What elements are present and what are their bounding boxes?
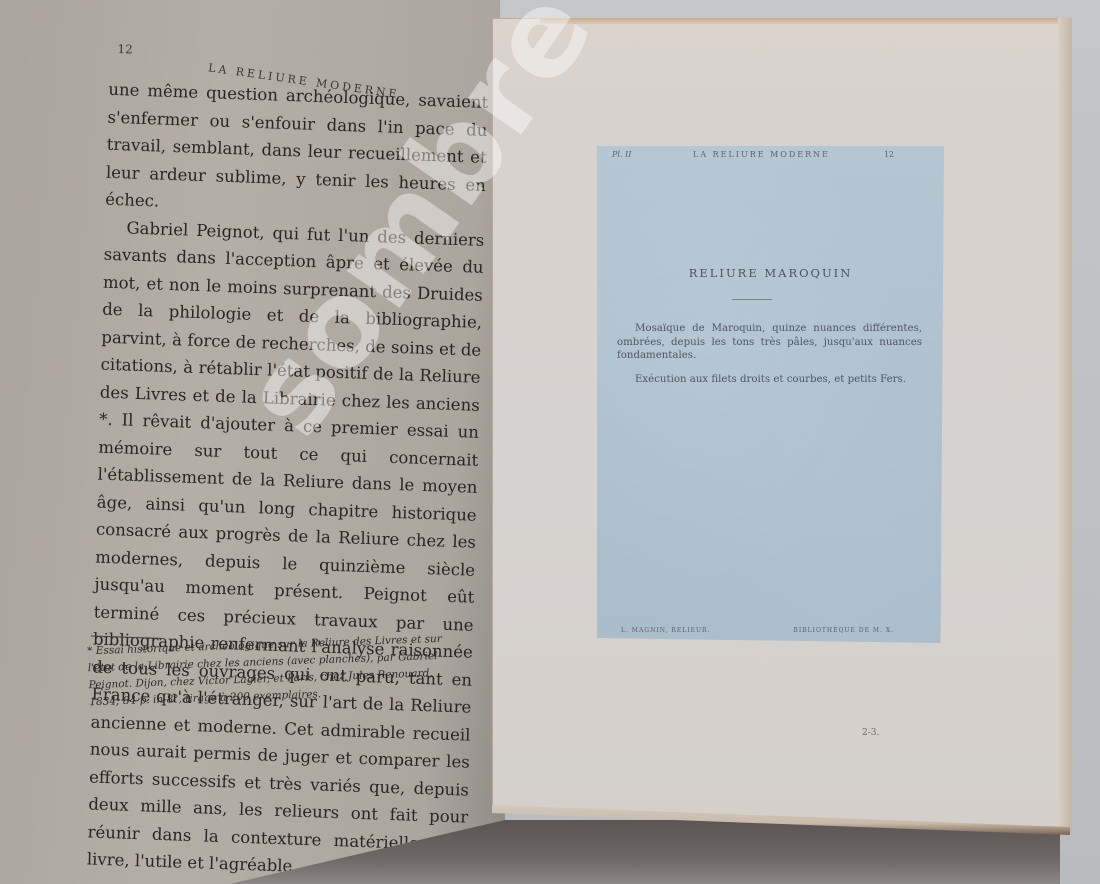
paragraph: une même question archéologique, savaien… — [105, 76, 489, 227]
left-page: 12 LA RELIURE MODERNE une même question … — [0, 0, 505, 884]
signature-mark: 2-3. — [862, 728, 879, 738]
footnote: * Essai historique et archéologique sur … — [87, 630, 459, 711]
paragraph: Mosaïque de Maroquin, quinze nuances dif… — [617, 322, 922, 363]
binder-credit: L. MAGNIN, RELIEUR. — [621, 627, 710, 634]
page-top-edge — [540, 18, 1065, 24]
running-head: LA RELIURE MODERNE — [693, 150, 830, 159]
page-number: 12 — [884, 150, 894, 159]
plate-header: Pl. II LA RELIURE MODERNE 12 — [597, 150, 944, 164]
plate-description: Mosaïque de Maroquin, quinze nuances dif… — [617, 322, 922, 396]
left-page-content: 12 LA RELIURE MODERNE une même question … — [40, 30, 499, 745]
body-text: une même question archéologique, savaien… — [86, 76, 488, 884]
tissue-plate: Pl. II LA RELIURE MODERNE 12 RELIURE MAR… — [597, 146, 944, 643]
collection-credit: BIBLIOTHÈQUE DE M. X. — [793, 627, 894, 634]
page-fore-edge — [1058, 18, 1072, 833]
plate-title: RELIURE MAROQUIN — [597, 266, 944, 280]
paragraph: Exécution aux filets droits et courbes, … — [617, 373, 922, 387]
title-rule — [732, 299, 772, 300]
paragraph: Gabriel Peignot, qui fut l'un des dernie… — [86, 213, 484, 884]
page-number: 12 — [117, 42, 133, 57]
plate-label: Pl. II — [612, 150, 631, 159]
plate-footer: L. MAGNIN, RELIEUR. BIBLIOTHÈQUE DE M. X… — [597, 627, 944, 639]
